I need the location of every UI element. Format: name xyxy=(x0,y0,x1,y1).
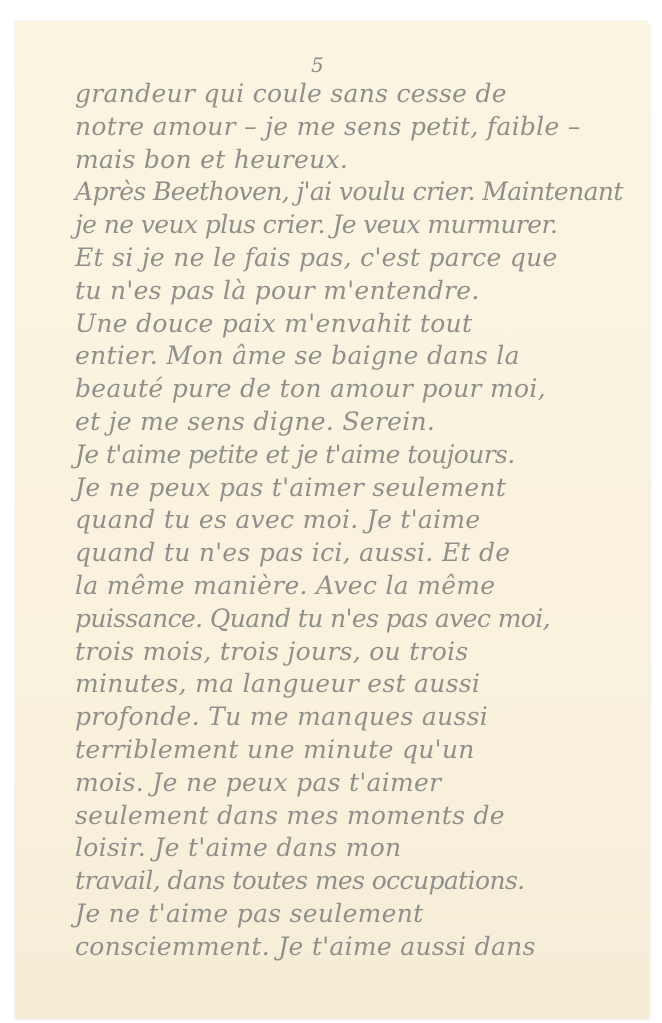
text-line-12: Je t'aime petite et je t'aime toujours. xyxy=(75,439,662,472)
text-line-22: mois. Je ne peux pas t'aimer xyxy=(75,767,662,800)
text-line-26: Je ne t'aime pas seulement xyxy=(75,898,662,931)
text-line-4: Après Beethoven, j'ai voulu crier. Maint… xyxy=(75,176,662,209)
text-line-3: mais bon et heureux. xyxy=(75,144,662,177)
text-line-14: quand tu es avec moi. Je t'aime xyxy=(75,504,662,537)
text-line-21: terriblement une minute qu'un xyxy=(75,734,662,767)
text-line-5: je ne veux plus crier. Je veux murmurer. xyxy=(75,209,662,242)
text-line-17: puissance. Quand tu n'es pas avec moi, xyxy=(75,603,662,636)
text-line-25: travail, dans toutes mes occupations. xyxy=(75,865,662,898)
text-line-27: consciemment. Je t'aime aussi dans xyxy=(75,931,662,964)
text-line-9: entier. Mon âme se baigne dans la xyxy=(75,340,662,373)
text-line-2: notre amour – je me sens petit, faible – xyxy=(75,111,662,144)
text-line-16: la même manière. Avec la même xyxy=(75,570,662,603)
text-line-6: Et si je ne le fais pas, c'est parce que xyxy=(75,242,662,275)
text-line-8: Une douce paix m'envahit tout xyxy=(75,308,662,341)
text-line-20: profonde. Tu me manques aussi xyxy=(75,701,662,734)
text-line-19: minutes, ma langueur est aussi xyxy=(75,668,662,701)
text-line-23: seulement dans mes moments de xyxy=(75,800,662,833)
text-line-15: quand tu n'es pas ici, aussi. Et de xyxy=(75,537,662,570)
text-line-1: grandeur qui coule sans cesse de xyxy=(75,78,662,111)
text-line-18: trois mois, trois jours, ou trois xyxy=(75,636,662,669)
page-number: 5 xyxy=(311,53,324,77)
text-line-10: beauté pure de ton amour pour moi, xyxy=(75,373,662,406)
handwritten-text: grandeur qui coule sans cesse de notre a… xyxy=(75,78,662,964)
text-line-7: tu n'es pas là pour m'entendre. xyxy=(75,275,662,308)
text-line-24: loisir. Je t'aime dans mon xyxy=(75,832,662,865)
text-line-11: et je me sens digne. Serein. xyxy=(75,406,662,439)
letter-page: 5 grandeur qui coule sans cesse de notre… xyxy=(15,21,649,1018)
text-line-13: Je ne peux pas t'aimer seulement xyxy=(75,472,662,505)
